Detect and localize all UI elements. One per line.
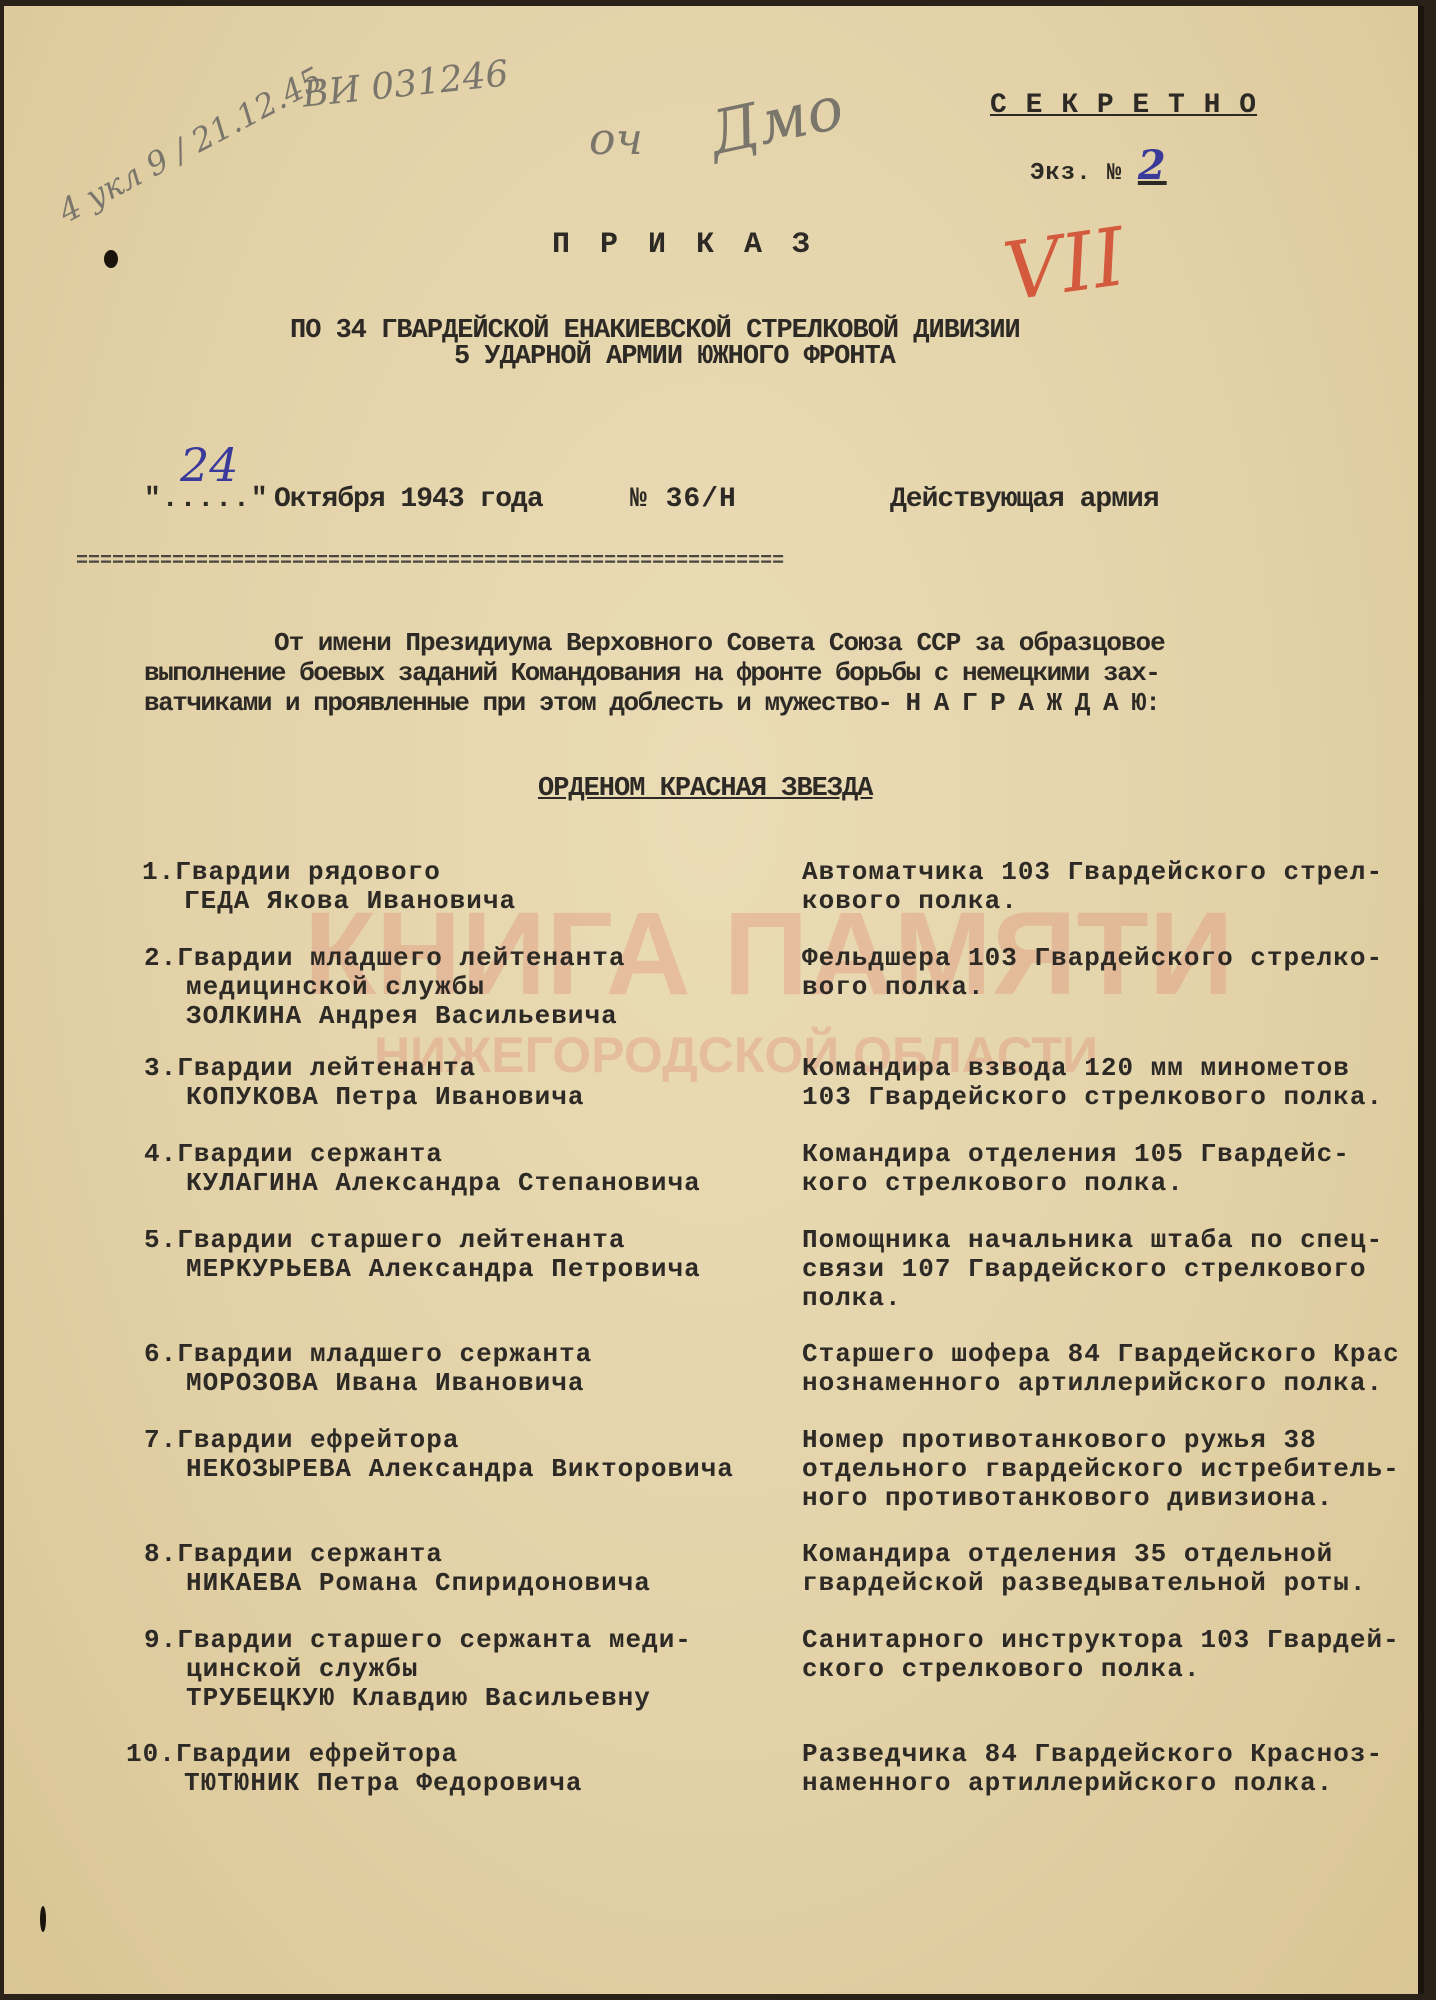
awardee-1-left: 1.Гвардии рядового ГЕДА Якова Ивановича	[142, 858, 516, 916]
issuer-line2: 5 УДАРНОЙ АРМИИ ЮЖНОГО ФРОНТА	[454, 342, 895, 372]
awardee-5-position: Помощника начальника штаба по спец- связ…	[802, 1226, 1412, 1313]
awardee-10-left: 10.Гвардии ефрейтора ТЮТЮНИК Петра Федор…	[126, 1740, 582, 1798]
awardee-5-left: 5.Гвардии старшего лейтенанта МЕРКУРЬЕВА…	[144, 1226, 701, 1284]
awardee-name: ГЕДА Якова Ивановича	[142, 887, 516, 916]
preamble-line1: От имени Президиума Верховного Совета Со…	[274, 628, 1165, 658]
awardee-name: КУЛАГИНА Александра Степановича	[144, 1169, 701, 1198]
awardee-name: ЗОЛКИНА Андрея Васильевича	[144, 1002, 626, 1031]
awardee-4-position: Командира отделения 105 Гвардейс- кого с…	[802, 1140, 1412, 1198]
award-heading: ОРДЕНОМ КРАСНАЯ ЗВЕЗДА	[538, 774, 872, 804]
awardee-4-left: 4.Гвардии сержанта КУЛАГИНА Александра С…	[144, 1140, 701, 1198]
awardee-3-position: Командира взвода 120 мм минометов 103 Гв…	[802, 1054, 1412, 1112]
pencil-signature: Дмо	[703, 73, 849, 169]
copy-number-handwritten: 2	[1138, 142, 1167, 189]
secret-label: С Е К Р Е Т Н О	[990, 90, 1257, 121]
awardee-name: МОРОЗОВА Ивана Ивановича	[144, 1369, 592, 1398]
punch-hole-bottom	[40, 1906, 46, 1932]
punch-hole-top	[104, 250, 118, 268]
awardee-name: ТЮТЮНИК Петра Федоровича	[126, 1769, 582, 1798]
awardee-name: МЕРКУРЬЕВА Александра Петровича	[144, 1255, 701, 1284]
awardee-2-position: Фельдшера 103 Гвардейского стрелко- вого…	[802, 944, 1412, 1002]
preamble-line3: ватчиками и проявленные при этом доблест…	[144, 688, 1159, 718]
awardee-10-position: Разведчика 84 Гвардейского Краснoз- наме…	[802, 1740, 1412, 1798]
awardee-9-position: Санитарного инструктора 103 Гвардей- ско…	[802, 1626, 1412, 1684]
order-number: № 36/Н	[630, 484, 737, 515]
copy-number-label: Экз. № 2	[1030, 142, 1167, 189]
copy-label: Экз. №	[1030, 160, 1122, 187]
preamble-line2: выполнение боевых заданий Командования н…	[144, 658, 1159, 688]
day-placeholder: "....."	[144, 484, 269, 515]
order-location: Действующая армия	[890, 484, 1159, 515]
awardee-7-position: Номер противотанкового ружья 38 отдельно…	[802, 1426, 1412, 1513]
awardee-8-left: 8.Гвардии сержанта НИКАЕВА Романа Спирид…	[144, 1540, 651, 1598]
awardee-rank: 1.Гвардии рядового	[142, 858, 516, 887]
awardee-6-position: Старшего шофера 84 Гвардейского Крас ноз…	[802, 1340, 1412, 1398]
awardee-9-left: 9.Гвардии старшего сержанта меди- цинско…	[144, 1626, 692, 1713]
red-pencil-mark: VII	[998, 210, 1131, 319]
awardee-1-position: Автоматчика 103 Гвардейского стрел- ково…	[802, 858, 1412, 916]
order-date: Октября 1943 года	[274, 484, 543, 515]
awardee-2-left: 2.Гвардии младшего лейтенанта медицинско…	[144, 944, 626, 1031]
awardee-name: ТРУБЕЦКУЮ Клавдию Васильевну	[144, 1684, 692, 1713]
pencil-annotation-registry: 4 укл 9 / 21.12.45	[52, 60, 328, 231]
order-title: П Р И К А З	[552, 228, 816, 262]
awardee-name: КОПУКОВА Петра Ивановича	[144, 1083, 584, 1112]
awardee-name: НЕКОЗЫРЕВА Александра Викторовича	[144, 1455, 734, 1484]
awardee-3-left: 3.Гвардии лейтенанта КОПУКОВА Петра Иван…	[144, 1054, 584, 1112]
awardee-name: НИКАЕВА Романа Спиридоновича	[144, 1569, 651, 1598]
awardee-6-left: 6.Гвардии младшего сержанта МОРОЗОВА Ива…	[144, 1340, 592, 1398]
pencil-archive-code: ВИ 031246	[300, 53, 510, 115]
awardee-8-position: Командира отделения 35 отдельной гвардей…	[802, 1540, 1412, 1598]
separator-line: ========================================…	[76, 550, 784, 573]
document-page: КНИГА ПАМЯТИ НИЖЕГОРОДСКОЙ ОБЛАСТИ 4 укл…	[4, 6, 1424, 1994]
awardee-7-left: 7.Гвардии ефрейтора НЕКОЗЫРЕВА Александр…	[144, 1426, 734, 1484]
pencil-mark: оч	[589, 114, 643, 165]
